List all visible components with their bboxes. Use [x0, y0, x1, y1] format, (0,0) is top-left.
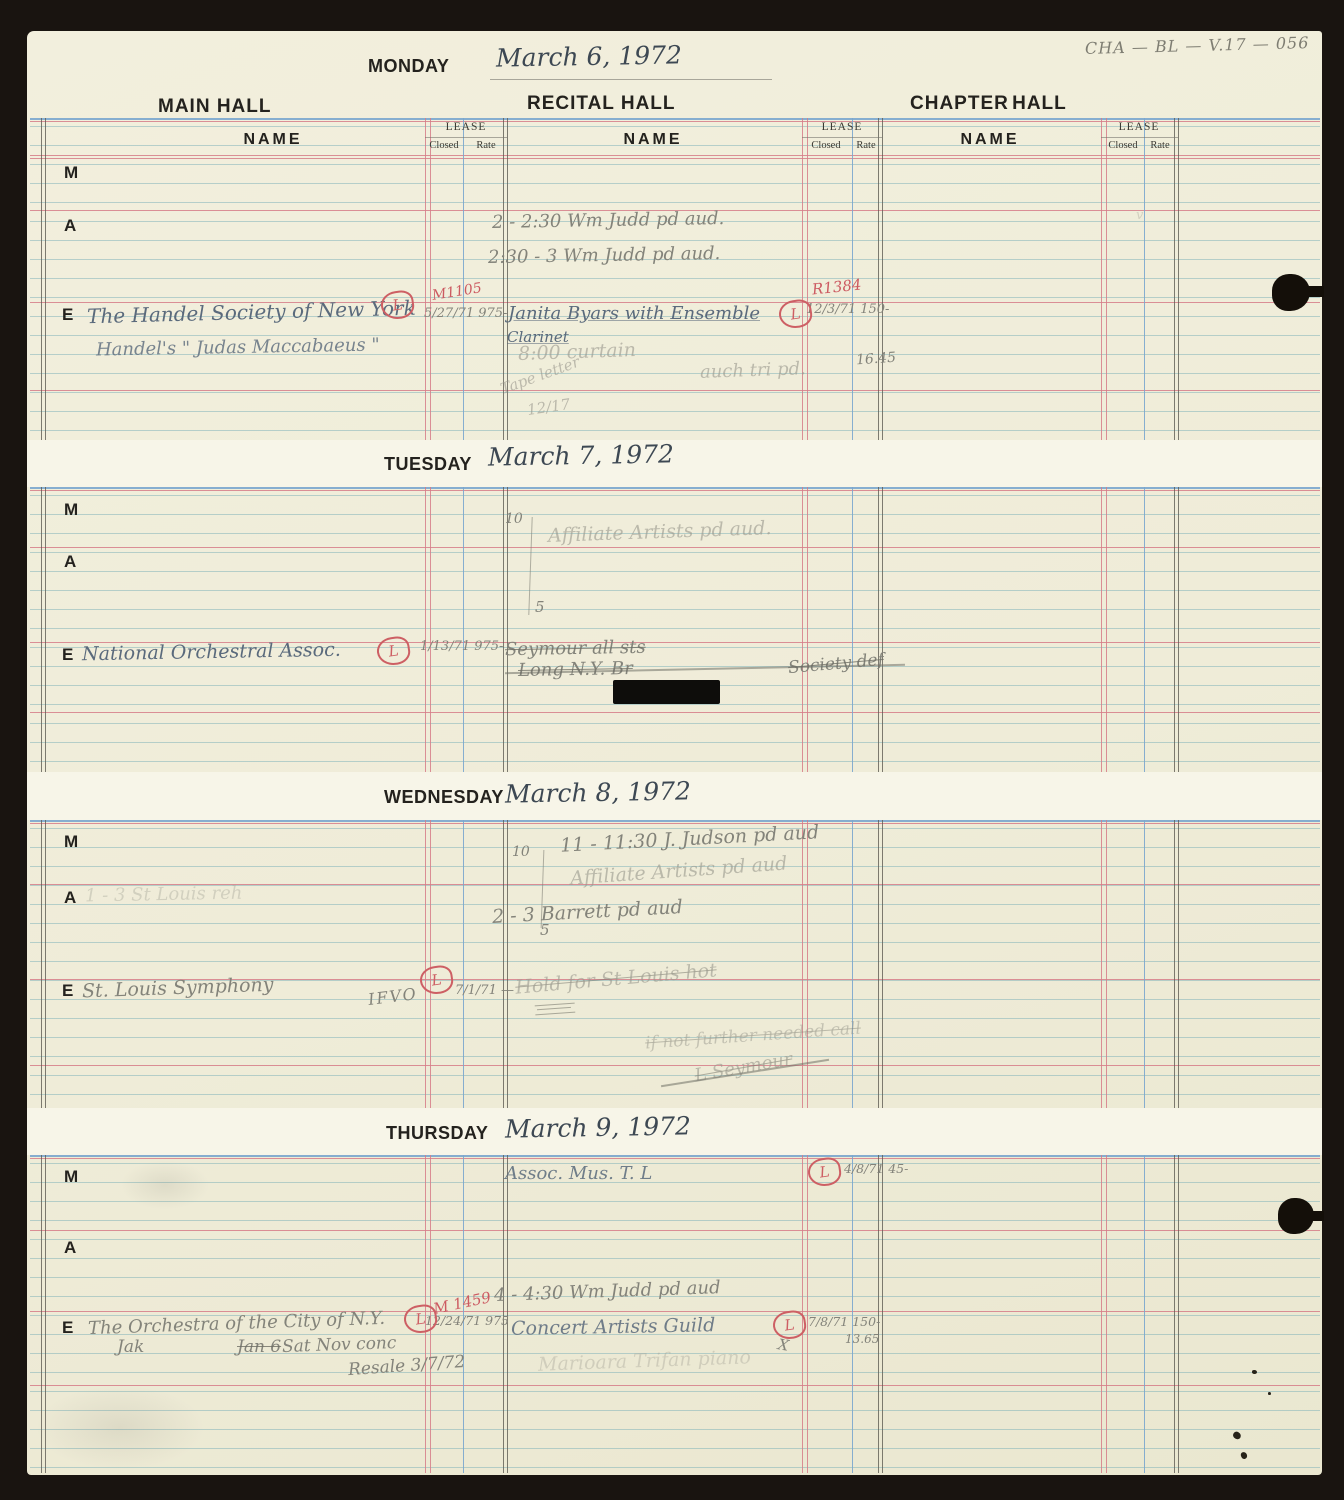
- scanned-ledger-page: { "page_code": "CHA — BL — V.17 — 056", …: [0, 0, 1344, 1500]
- lease-terms-recital-monday: 12/3/71 150-: [806, 302, 889, 317]
- closed-header-main: Closed: [429, 140, 458, 151]
- grid-line: [878, 820, 879, 1108]
- lease-header-main: LEASE: [446, 121, 487, 133]
- grid-line: [30, 390, 1320, 391]
- grid-line: [1101, 118, 1102, 440]
- column-header-name-recital: NAME: [623, 131, 682, 149]
- grid-line: [1101, 487, 1102, 772]
- grid-line: [1178, 820, 1179, 1108]
- hall-title-main: MAIN HALL: [158, 96, 271, 118]
- grid-line: [30, 547, 1320, 548]
- grid-line: [425, 137, 507, 138]
- grid-line: [1144, 1155, 1145, 1473]
- row-label-morning: M: [64, 1167, 78, 1187]
- lease-terms-main-thursday: 12/24/71 975: [425, 1313, 509, 1328]
- grid-line: [425, 820, 426, 1108]
- lease-terms-recital-thursday-e: 7/8/71 150-: [808, 1314, 880, 1329]
- column-header-name-main: NAME: [243, 131, 302, 149]
- grid-line: [425, 487, 426, 772]
- punch-hole-tear: [1298, 286, 1324, 297]
- day-label-wednesday: WEDNESDAY: [384, 787, 504, 808]
- grid-line: [802, 487, 803, 772]
- grid-line: [45, 118, 46, 440]
- grid-line: [463, 487, 464, 772]
- entry-main-evening-sub3: Sat Nov conc: [282, 1333, 397, 1357]
- day-label-thursday: THURSDAY: [386, 1123, 488, 1144]
- day-label-tuesday: TUESDAY: [384, 454, 472, 475]
- row-label-morning: M: [64, 163, 78, 183]
- grid-line: [463, 820, 464, 1108]
- grid-line: [30, 1155, 1320, 1157]
- entry-main-evening-sub1: Jak: [117, 1337, 144, 1357]
- grid-line: [30, 118, 1320, 120]
- date-wednesday: March 8, 1972: [505, 776, 691, 808]
- ink-speck: [1252, 1370, 1257, 1374]
- grid-line: [1144, 820, 1145, 1108]
- time-bracket-start: 10: [512, 844, 530, 860]
- grid-line: [1106, 487, 1107, 772]
- grid-line: [1101, 1155, 1102, 1473]
- grid-line: [882, 1155, 883, 1473]
- grid-line: [882, 487, 883, 772]
- grid-line: [503, 820, 504, 1108]
- lease-header-recital: LEASE: [822, 121, 863, 133]
- lease-terms-main-tuesday: 1/13/71 975-: [420, 639, 503, 654]
- grid-line: [1144, 118, 1145, 440]
- row-label-afternoon: A: [64, 888, 76, 908]
- day-band-tuesday: [27, 440, 1322, 487]
- time-bracket-end: 5: [540, 921, 550, 939]
- row-label-afternoon: A: [64, 552, 76, 572]
- grid-line: [507, 820, 508, 1108]
- grid-line: [882, 820, 883, 1108]
- grid-line: [1106, 820, 1107, 1108]
- time-bracket-start: 10: [505, 511, 523, 527]
- rate-header-chapter: Rate: [1150, 140, 1169, 151]
- lease-header-chapter: LEASE: [1119, 121, 1160, 133]
- rate-header-main: Rate: [476, 140, 495, 151]
- grid-line: [1106, 118, 1107, 440]
- grid-line: [430, 820, 431, 1108]
- grid-line: [878, 118, 879, 440]
- grid-line: [30, 823, 1320, 824]
- redaction-bar: [613, 680, 720, 704]
- row-label-evening: E: [62, 981, 73, 1001]
- grid-line: [30, 1311, 1320, 1312]
- entry-recital-crossed-1: Seymour all sts: [505, 637, 646, 660]
- entry-recital-afternoon-2: 2:30 - 3 Wm Judd pd aud.: [488, 243, 721, 268]
- grid-line: [1178, 487, 1179, 772]
- row-label-morning: M: [64, 500, 78, 520]
- grid-line: [30, 126, 1320, 440]
- date-tuesday: March 7, 1972: [488, 439, 674, 471]
- grid-line: [425, 118, 426, 440]
- grid-line: [30, 487, 1320, 489]
- chapter-rate-tick: v: [1136, 208, 1143, 223]
- time-bracket-end: 5: [535, 598, 545, 616]
- grid-line: [30, 712, 1320, 713]
- grid-line: [1174, 118, 1175, 440]
- entry-main-evening-sub2: Jan 6: [237, 1337, 281, 1357]
- grid-line: [30, 158, 1320, 159]
- pencil-smudge: [120, 1160, 210, 1210]
- entry-recital-evening-name: Janita Byars with Ensemble: [508, 303, 760, 324]
- grid-line: [30, 1158, 1320, 1159]
- entry-recital-evening-name: Concert Artists Guild: [511, 1314, 716, 1340]
- grid-line: [30, 155, 1320, 156]
- grid-line: [878, 487, 879, 772]
- grid-line: [852, 487, 853, 772]
- closed-header-recital: Closed: [811, 140, 840, 151]
- lease-terms-main-wednesday: 7/1/71 —: [455, 983, 514, 998]
- grid-line: [430, 487, 431, 772]
- column-header-name-chapter: NAME: [960, 131, 1019, 149]
- grid-line: [45, 487, 46, 772]
- grid-line: [30, 490, 1320, 491]
- grid-line: [1178, 1155, 1179, 1473]
- entry-main-afternoon-faint: 1 - 3 St Louis reh: [85, 883, 243, 907]
- lease-terms-recital-thursday-m: 4/8/71 45-: [844, 1161, 908, 1176]
- row-label-evening: E: [62, 305, 73, 325]
- entry-recital-morning-name: Assoc. Mus. T. L: [505, 1163, 652, 1184]
- date-monday: March 6, 1972: [496, 40, 682, 72]
- closed-header-chapter: Closed: [1108, 140, 1137, 151]
- punch-hole-tear: [1303, 1211, 1324, 1221]
- lease-terms-main-monday: 5/27/71 975-: [424, 306, 507, 321]
- grid-line: [852, 820, 853, 1108]
- row-label-evening: E: [62, 645, 73, 665]
- grid-line: [463, 118, 464, 440]
- grid-line: [30, 1385, 1320, 1386]
- grid-line: [802, 118, 803, 440]
- grid-line: [1174, 820, 1175, 1108]
- grid-line: [30, 1065, 1320, 1066]
- grid-line: [802, 820, 803, 1108]
- grid-line: [30, 820, 1320, 822]
- date-thursday: March 9, 1972: [505, 1111, 691, 1143]
- grid-line: [41, 820, 42, 1108]
- grid-line: [1106, 1155, 1107, 1473]
- grid-line: [807, 118, 808, 440]
- grid-line: [1101, 820, 1102, 1108]
- grid-line: [807, 487, 808, 772]
- grid-line: [1144, 487, 1145, 772]
- rate-header-recital: Rate: [856, 140, 875, 151]
- grid-line: [503, 487, 504, 772]
- entry-recital-amount: 13.65: [845, 1332, 879, 1346]
- row-label-evening: E: [62, 1318, 73, 1338]
- entry-recital-afternoon-1: 2 - 2:30 Wm Judd pd aud.: [492, 208, 725, 233]
- row-label-afternoon: A: [64, 1238, 76, 1258]
- entry-recital-amount: 16.45: [855, 350, 896, 369]
- grid-line: [1174, 1155, 1175, 1473]
- hall-title-recital: RECITAL HALL: [527, 93, 676, 115]
- grid-line: [41, 118, 42, 440]
- grid-line: [1101, 137, 1178, 138]
- hall-title-chapter: CHAPTER HALL: [910, 93, 1067, 115]
- grid-line: [807, 820, 808, 1108]
- row-label-morning: M: [64, 832, 78, 852]
- row-label-afternoon: A: [64, 216, 76, 236]
- entry-recital-paid-note: auch tri pd.: [700, 358, 806, 383]
- ink-speck: [1268, 1392, 1271, 1395]
- grid-line: [802, 137, 882, 138]
- grid-line: [41, 487, 42, 772]
- grid-line: [430, 118, 431, 440]
- grid-line: [45, 820, 46, 1108]
- pencil-smudge: [35, 1385, 205, 1470]
- grid-line: [1178, 118, 1179, 440]
- grid-line: [30, 1230, 1320, 1231]
- day-label-monday: MONDAY: [368, 56, 449, 77]
- grid-line: [1174, 487, 1175, 772]
- entry-main-evening-name: National Orchestral Assoc.: [82, 639, 341, 666]
- grid-line: [507, 487, 508, 772]
- grid-line: [882, 118, 883, 440]
